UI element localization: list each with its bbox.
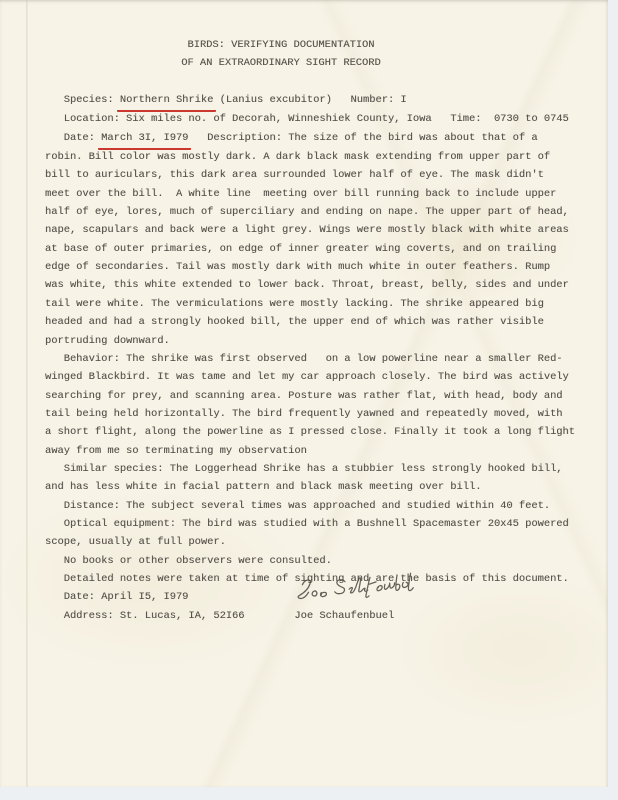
text-segment: Date: April I5, I979 [45,591,188,603]
text-segment: nape, scapulars and back were a light gr… [45,224,569,236]
signature-ink-icon [288,568,417,607]
paper-sheet: BIRDS: VERIFYING DOCUMENTATIONOF AN EXTR… [0,0,608,787]
text-segment: BIRDS: VERIFYING DOCUMENTATION [187,39,374,51]
document-line: at base of outer primaries, on edge of i… [45,240,585,258]
document-line: winged Blackbird. It was tame and let my… [45,368,585,386]
text-segment: meet over the bill. A white line meeting… [45,188,556,200]
text-segment: bill to auriculars, this dark area surro… [45,169,544,181]
document-line: Similar species: The Loggerhead Shrike h… [45,460,585,478]
document-line: was white, this white extended to lower … [45,276,585,294]
document-line: Address: St. Lucas, IA, 52I66 Joe Schauf… [45,607,585,625]
text-segment: winged Blackbird. It was tame and let my… [45,371,569,383]
text-segment: was white, this white extended to lower … [45,279,569,291]
document-line: meet over the bill. A white line meeting… [45,185,585,203]
text-segment: away from me so terminating my observati… [45,445,307,457]
text-segment: Description: The size of the bird was ab… [188,132,537,144]
document-line: Optical equipment: The bird was studied … [45,515,585,533]
paper-fold-crease [26,0,28,787]
document-line: robin. Bill color was mostly dark. A dar… [45,148,585,166]
document-title-line: OF AN EXTRAORDINARY SIGHT RECORD [11,54,551,72]
text-segment: Location: Six miles no. of Decorah, Winn… [45,113,569,125]
document-line [45,73,585,91]
text-segment: half of eye, lores, much of superciliary… [45,206,569,218]
document-line: Distance: The subject several times was … [45,497,585,515]
document-line: searching for prey, and scanning area. P… [45,387,585,405]
document-line: No books or other observers were consult… [45,552,585,570]
document-line: Location: Six miles no. of Decorah, Winn… [45,110,585,128]
red-underlined-text: Northern Shrike [117,91,217,112]
text-segment: Similar species: The Loggerhead Shrike h… [45,463,563,475]
text-segment: OF AN EXTRAORDINARY SIGHT RECORD [181,57,381,69]
text-segment: portruding downward. [45,335,170,347]
text-segment: (Lanius excubitor) Number: I [213,94,406,106]
text-segment: edge of secondaries. Tail was mostly dar… [45,261,550,273]
document-line: portruding downward. [45,332,585,350]
text-segment: at base of outer primaries, on edge of i… [45,243,556,255]
red-underlined-text: March 3I, I979 [98,129,191,150]
text-segment: Address: St. Lucas, IA, 52I66 Joe Schauf… [45,610,394,622]
text-segment: tail were white. The vermiculations were… [45,298,544,310]
text-segment: a short flight, along the powerline as I… [45,426,575,438]
document-line: scope, usually at full power. [45,533,585,551]
document-line: nape, scapulars and back were a light gr… [45,221,585,239]
scanned-document: BIRDS: VERIFYING DOCUMENTATIONOF AN EXTR… [0,0,618,800]
signature [288,568,417,607]
document-line: Behavior: The shrike was first observed … [45,350,585,368]
document-line: tail were white. The vermiculations were… [45,295,585,313]
document-title-line: BIRDS: VERIFYING DOCUMENTATION [11,36,551,54]
text-segment: Species: [45,94,120,106]
text-segment: tail being held horizontally. The bird f… [45,408,563,420]
text-segment: scope, usually at full power. [45,536,226,548]
text-segment: Date: [45,132,101,144]
text-segment: Optical equipment: The bird was studied … [45,518,569,530]
document-line: Date: March 3I, I979 Description: The si… [45,129,585,148]
document-line: Species: Northern Shrike (Lanius excubit… [45,91,585,110]
document-line: bill to auriculars, this dark area surro… [45,166,585,184]
document-text: BIRDS: VERIFYING DOCUMENTATIONOF AN EXTR… [45,36,585,625]
document-line: headed and had a strongly hooked bill, t… [45,313,585,331]
document-line: a short flight, along the powerline as I… [45,423,585,441]
document-line: tail being held horizontally. The bird f… [45,405,585,423]
document-line: away from me so terminating my observati… [45,442,585,460]
document-line: and has less white in facial pattern and… [45,478,585,496]
text-segment: and has less white in facial pattern and… [45,481,481,493]
text-segment: robin. Bill color was mostly dark. A dar… [45,151,550,163]
text-segment: Distance: The subject several times was … [45,500,550,512]
document-line: edge of secondaries. Tail was mostly dar… [45,258,585,276]
text-segment: searching for prey, and scanning area. P… [45,390,563,402]
document-line: half of eye, lores, much of superciliary… [45,203,585,221]
text-segment: Behavior: The shrike was first observed … [45,353,563,365]
text-segment: No books or other observers were consult… [45,555,332,567]
text-segment: headed and had a strongly hooked bill, t… [45,316,544,328]
